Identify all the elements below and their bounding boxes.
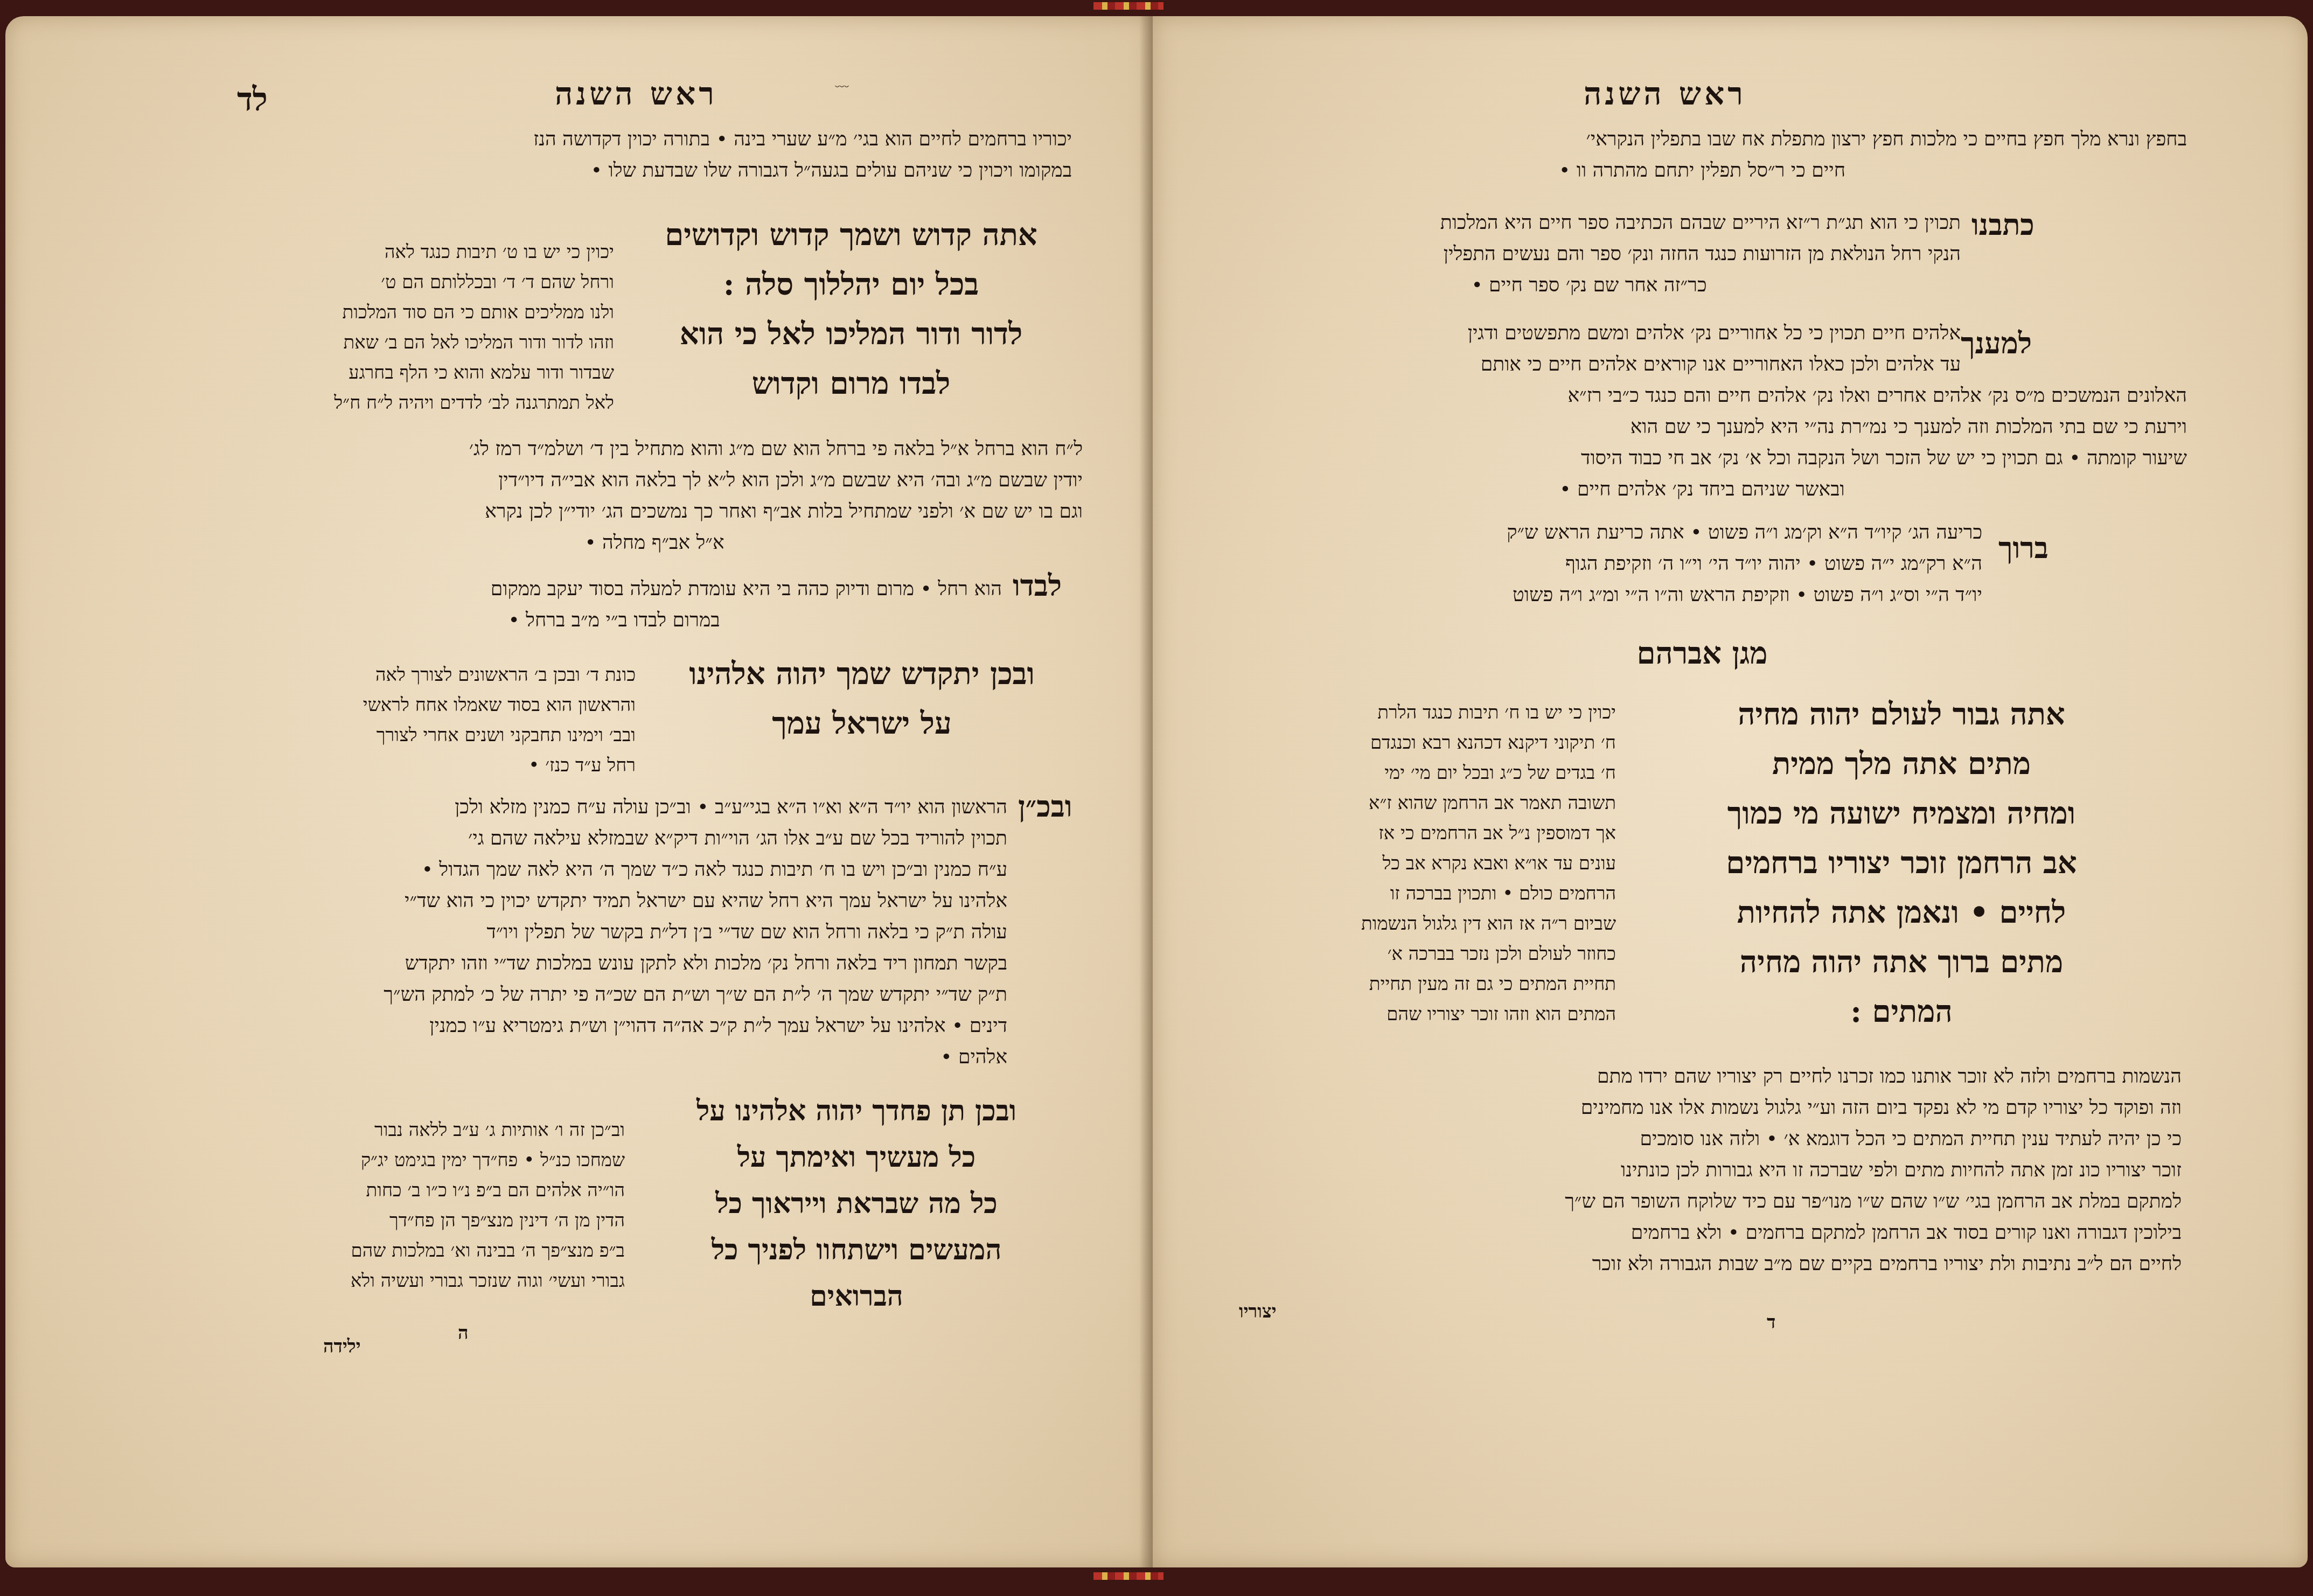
prayer-ten-pachdecha: ובכן תן פחדך יהוה אלהינו על כל מעשיך ואי… bbox=[630, 1088, 1083, 1320]
side-commentary-3: וב״כן זה ו׳ אותיות ג׳ ע״ב ללאה נבור שמחכ… bbox=[226, 1115, 625, 1296]
middle-commentary: ל״ח הוא ברחל א״ל בלאה פי ברחל הוא שם מ״ג… bbox=[226, 434, 1083, 559]
section-heading-magen-avraham: מגן אברהם bbox=[1551, 636, 1853, 671]
catchword: ילידה bbox=[323, 1336, 361, 1357]
lemma-lemaancha: למענך bbox=[1961, 326, 2032, 360]
lemma-levado: לבדו bbox=[1013, 568, 1062, 603]
lemma-kotvenu: כתבנו bbox=[1971, 207, 2035, 242]
lemma-baruch: ברוך bbox=[1998, 531, 2049, 565]
side-commentary-1: יכוין כי יש בו ט׳ תיבות כנגד לאה ורחל שה… bbox=[226, 237, 614, 418]
left-page: לד ראש השנה ﹏ יכוריו ברחמים לחיים הוא בג… bbox=[5, 16, 1153, 1567]
headband-bottom bbox=[1093, 1572, 1164, 1580]
commentary-lemaancha: אלהים חיים תכוין כי כל אחוריים נק׳ אלהים… bbox=[1217, 318, 1961, 380]
signature-mark: ה bbox=[458, 1322, 469, 1344]
prayer-ata-kadosh: אתה קדוש ושמך קדוש וקדושים בכל יום יהללו… bbox=[625, 210, 1077, 408]
bottom-commentary: הנשמות ברחמים ולזה לא זוכר אותנו כמו זכר… bbox=[1212, 1061, 2182, 1280]
catchmark-ornament: ﹏ bbox=[835, 70, 849, 90]
side-commentary-gibor: יכוין כי יש בו ח׳ תיבות כנגד הלרת ח׳ תיק… bbox=[1217, 698, 1616, 1029]
headband-top bbox=[1093, 2, 1164, 10]
lemma-uvechen: ובכ״ן bbox=[1018, 789, 1072, 824]
running-head: ראש השנה bbox=[1584, 75, 1746, 112]
top-commentary: יכוריו ברחמים לחיים הוא בגי׳ מ״ע שערי בי… bbox=[226, 124, 1072, 186]
commentary-levado: הוא רחל • מרום ודיוק כהה בי היא עומדת למ… bbox=[226, 574, 1002, 636]
side-commentary-2: כונת ד׳ ובכן ב׳ הראשונים לצורך לאה והראש… bbox=[226, 660, 636, 780]
right-page: ראש השנה בחפץ ונרא מלך חפץ בחיים כי מלכו… bbox=[1153, 16, 2308, 1567]
prayer-ata-gibor: אתה גבור לעולם יהוה מחיה מתים אתה מלך ממ… bbox=[1627, 689, 2176, 1036]
catchword: יצוריו bbox=[1239, 1301, 1277, 1322]
commentary-kotvenu: תכוין כי הוא תג״ת ר״זא היריים שבהם הכתיב… bbox=[1217, 207, 1961, 301]
commentary-lemaancha-cont: האלונים הנמשכים מ״ס נק׳ אלהים אחרים ואלו… bbox=[1217, 380, 2187, 505]
prayer-uvechen-yitkadash: ובכן יתקדש שמך יהוה אלהינו על ישראל עמך bbox=[641, 649, 1083, 748]
top-commentary: בחפץ ונרא מלך חפץ בחיים כי מלכות חפץ ירצ… bbox=[1217, 124, 2187, 186]
commentary-uvechen: הראשון הוא יו״ד ה״א וא״ו ה״א בגי״ע״ב • ו… bbox=[226, 792, 1007, 1073]
running-head: ראש השנה bbox=[555, 75, 717, 112]
commentary-baruch: כריעה הג׳ קיו״ד ה״א וק׳מג ו״ה פשוט • אתה… bbox=[1217, 517, 1982, 611]
folio-mark: ד bbox=[1767, 1312, 1775, 1333]
folio-number: לד bbox=[237, 81, 268, 119]
